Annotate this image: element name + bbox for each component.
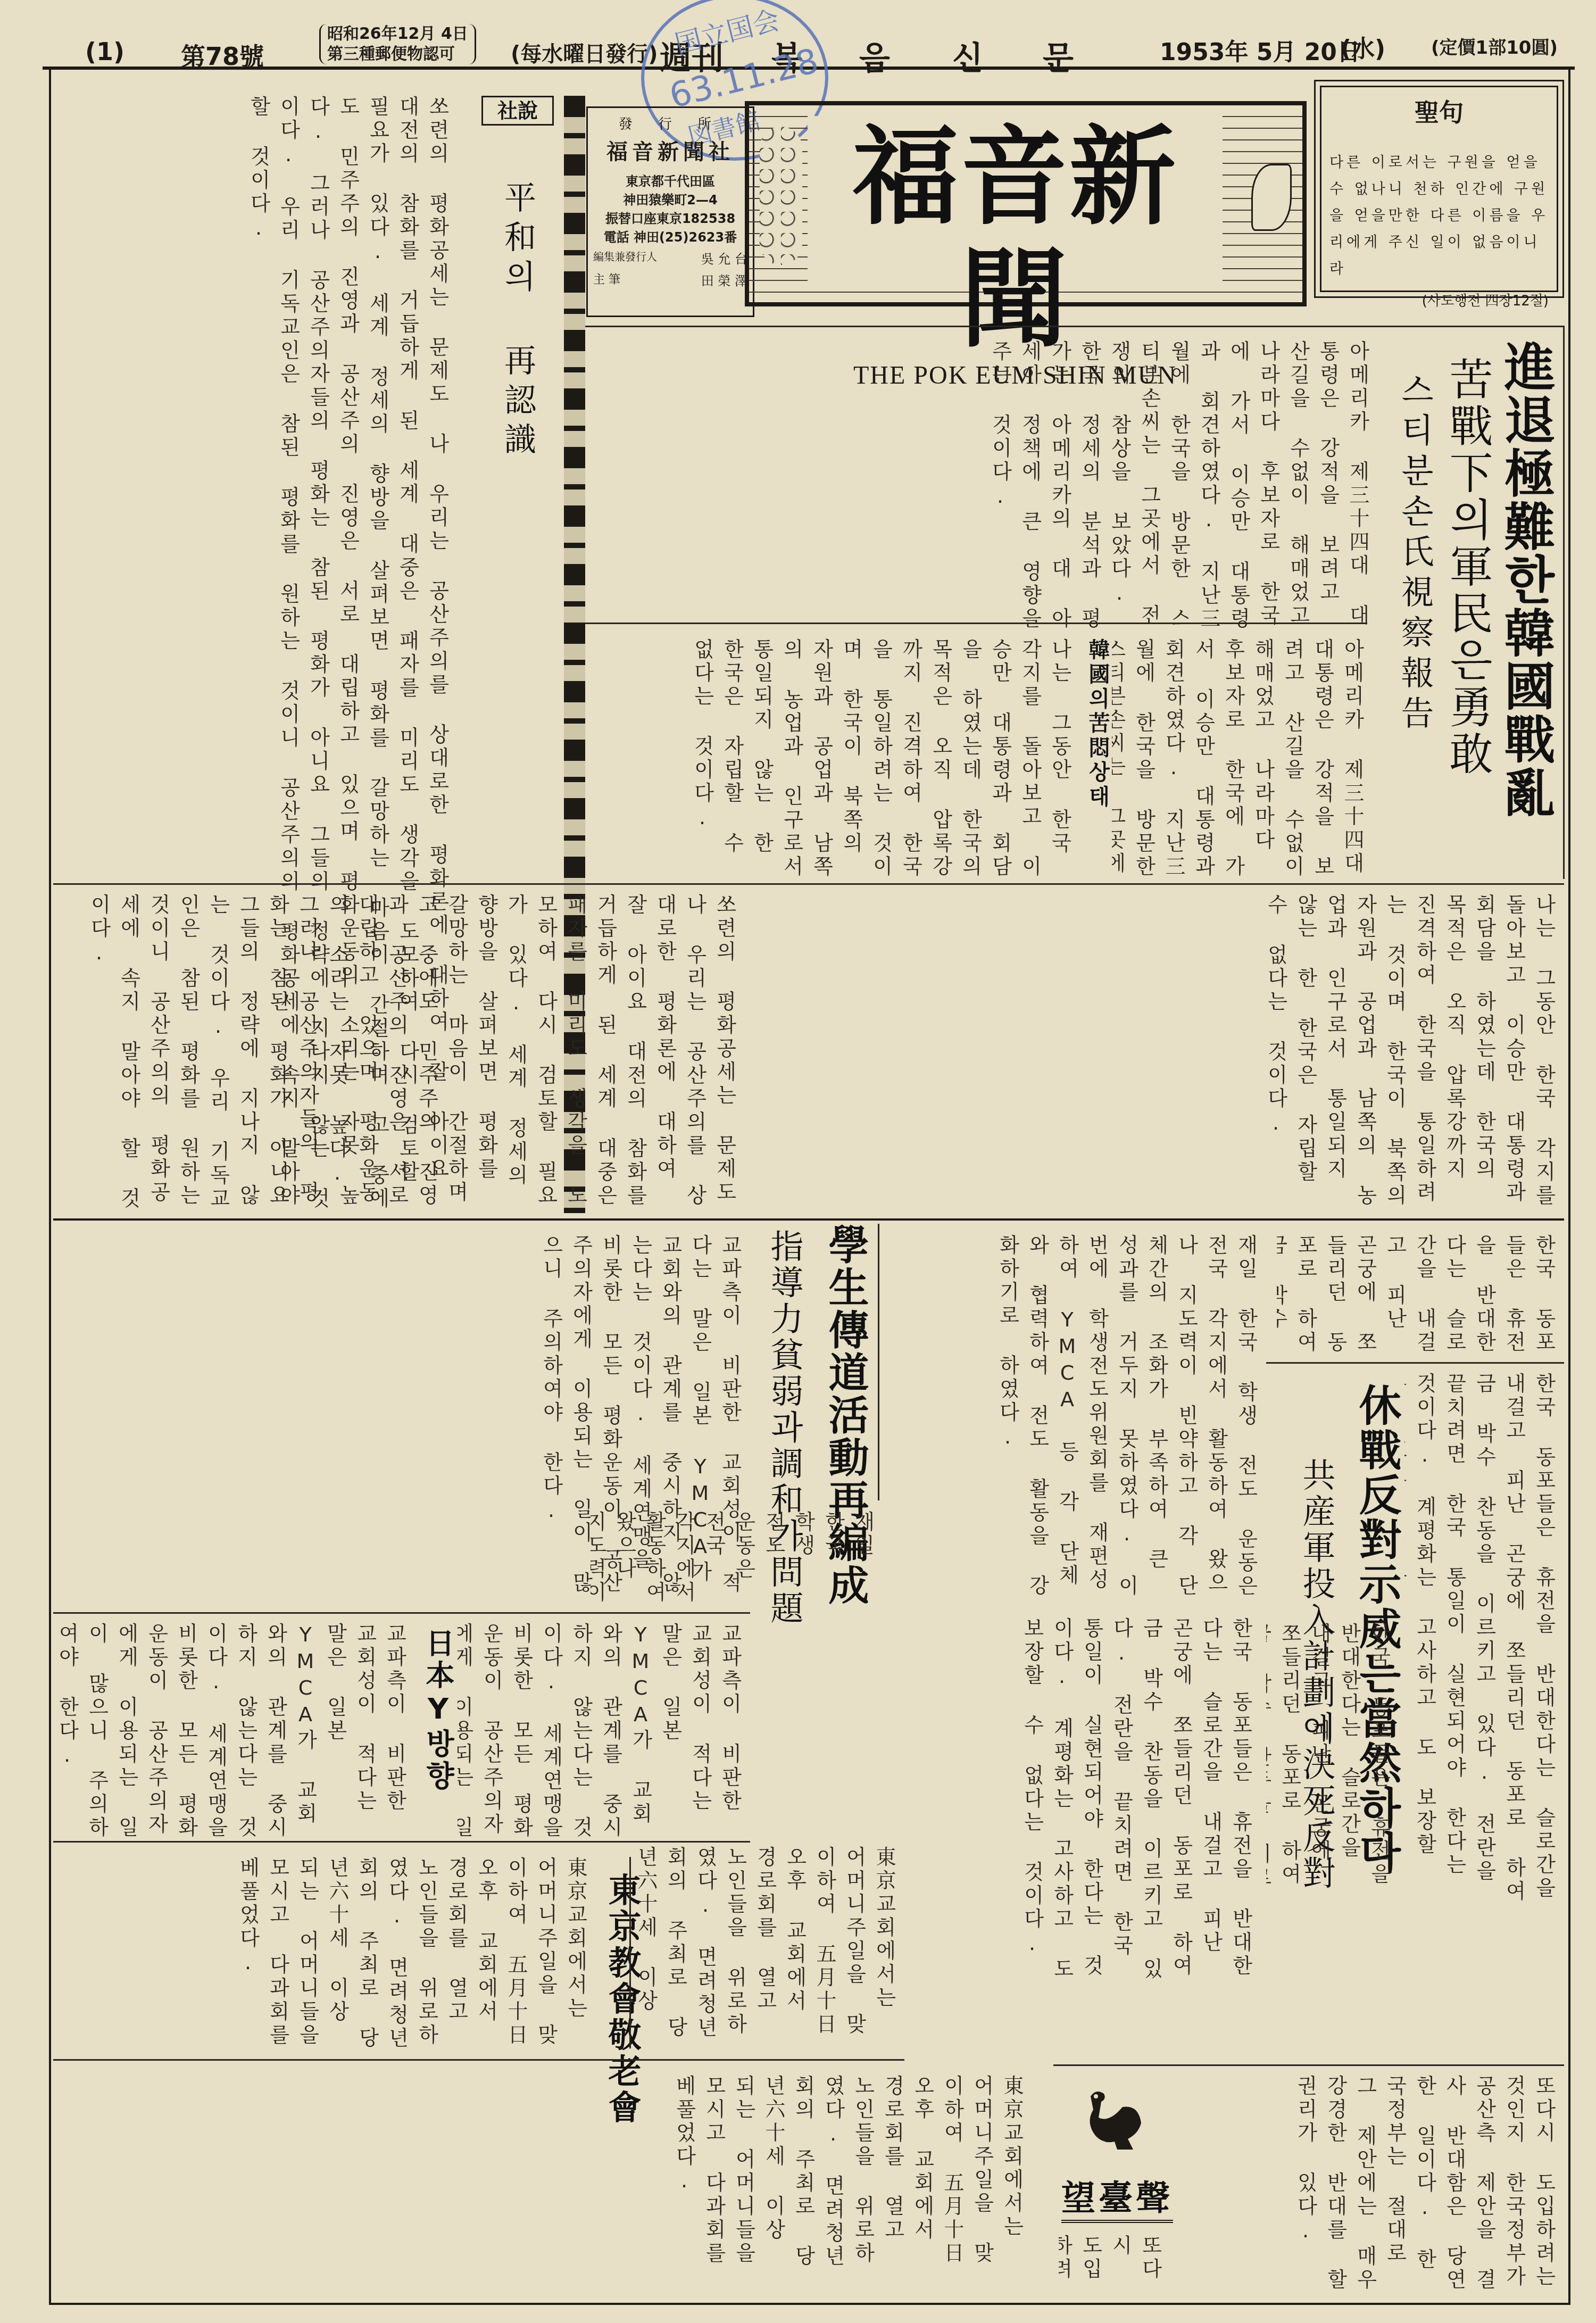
permit-line-2: 第三種郵便物認可 <box>327 44 468 64</box>
main-byline: 스티분손氏視察報告 <box>1391 372 1439 736</box>
armistice-top-rule <box>1266 1362 1564 1364</box>
masthead-inner: 福音新聞 THE POK EUM SHIN MUN <box>808 116 1223 286</box>
editorial-title: 平和의 再認識 <box>495 181 541 462</box>
issue-weekday: (水) <box>1341 30 1385 64</box>
japan-y-body-right: 교파측이 비판한 교회성이 적다는 말은 일본 YMCA가 교회와의 관계를 중… <box>458 1623 745 1841</box>
mangdaesung-title: 望臺聲 <box>1061 2171 1173 2223</box>
issue-date: 1953年 5月 20日 <box>1160 33 1360 67</box>
japan-y-top-rule <box>53 1612 750 1614</box>
chief-writer-label: 主 筆 <box>593 270 620 289</box>
main-article-continued: 나는 그동안 한국 각지를 돌아보고 이승만 대통령과 회담을 하였는데 한국의… <box>750 894 1559 1213</box>
vine-leaf-icon <box>1251 164 1292 231</box>
student-headline-rule <box>878 1224 879 1500</box>
publisher-address-1: 東京都千代田區 <box>593 171 747 189</box>
editor-row: 編集兼發行人 吳 允 台 <box>593 248 747 267</box>
main-article-body-right: 아메리카 제三十四대 대통령은 강적을 보려고 산길을 수없이 해매었고 나라마… <box>1112 638 1367 883</box>
upper-section-bottom-rule <box>53 883 1564 885</box>
tokyo-church-body: 東京교회에서는 어머니주일을 맞이하여 五月十日 오후 교회에서 경로회를 열고… <box>59 1857 591 2059</box>
mangdaesung-body-left: 또다시 도입하려는 것인지 한국정부가 공산측 제안을 결사 반대함은 당연한 … <box>1059 2235 1165 2293</box>
scripture-reference: (사도행전 四장12절) <box>1329 290 1549 310</box>
main-subheadline: 苦戰下의軍民은勇敢 <box>1436 356 1499 778</box>
lower-section-rule <box>53 1841 750 1843</box>
armistice-body-left: 한국 동포들은 휴전을 반대한다는 슬로간을 내걸고 피난 곤궁에 쪼들리던 동… <box>1266 1623 1394 1905</box>
publisher-transfer-account: 振替口座東京182538 <box>593 208 747 227</box>
armistice-body: 한국 동포들은 휴전을 반대한다는 슬로간을 내걸고 피난 곤궁에 쪼들리던 동… <box>1404 1373 1559 1905</box>
right-lower-section-rule <box>1053 2064 1564 2066</box>
publisher-box: 發 行 所 福音新聞社 東京都千代田區 神田猿樂町2—4 振替口座東京18253… <box>586 106 754 317</box>
postal-permit: 昭和26年12月 4日 第三種郵便物認可 <box>319 24 476 64</box>
rooster-icon <box>1069 2080 1154 2166</box>
editor-name: 吳 允 台 <box>701 248 747 267</box>
permit-line-1: 昭和26年12月 4日 <box>327 24 468 44</box>
chief-writer-row: 主 筆 田 榮 澤 <box>593 270 747 289</box>
masthead: 福音新聞 THE POK EUM SHIN MUN <box>745 101 1307 306</box>
editorial-label: 社說 <box>483 97 552 124</box>
publisher-label: 發 行 所 <box>593 113 747 133</box>
masthead-title: 福音新聞 <box>808 116 1223 361</box>
tokyo-church-body-right: 東京교회에서는 어머니주일을 맞이하여 五月十日 오후 교회에서 경로회를 열고… <box>638 1846 899 2048</box>
publisher-name: 福音新聞社 <box>593 135 747 165</box>
publisher-address-2: 神田猿樂町2—4 <box>593 189 747 208</box>
scripture-title: 聖句 <box>1329 93 1549 128</box>
bottom-left-text: 東京교회에서는 어머니주일을 맞이하여 五月十日 오후 교회에서 경로회를 열고… <box>59 2075 1027 2288</box>
scripture-text: 다른 이로서는 구원을 얻을 수 없나니 천하 인간에 구원을 얻을만한 다른 … <box>1329 150 1549 283</box>
page-number: (1) <box>85 37 124 66</box>
price: (定價1部10圓) <box>1431 33 1558 59</box>
editorial-continued: 쏘련의 평화공세는 문제도 나 우리는 공산주의를 상대로한 평화론에 대하여 … <box>59 894 739 1213</box>
main-right-rule <box>1563 326 1565 879</box>
tokyo-church-rule <box>629 1857 631 2048</box>
main-article-mid-rule <box>585 623 1367 624</box>
main-article-body: 아메리카 제三十四대 대통령은 강적을 보려고 산길을 수없이 해매었고 나라마… <box>596 341 1373 638</box>
chief-writer-name: 田 榮 澤 <box>701 270 747 289</box>
armistice-body-middle: 한국 동포들은 휴전을 반대한다는 슬로간을 내걸고 피난 곤궁에 쪼들리던 동… <box>904 1617 1256 2001</box>
fold-rule <box>53 1218 1564 1221</box>
armistice-upper-text: 한국 동포들은 휴전을 반대한다는 슬로간을 내걸고 피난 곤궁에 쪼들리던 동… <box>1277 1234 1559 1357</box>
tokyo-church-bottom-rule <box>53 2059 904 2061</box>
editor-label: 編集兼發行人 <box>593 248 657 267</box>
subsection-title: 韓國의苦悶상태 <box>1083 638 1113 810</box>
student-body-lower: 재일 한국 학생 전도 운동은 전국 각지에서 활동하여 왔으나 지도력이 빈약… <box>591 1511 878 1607</box>
japan-y-body: 교파측이 비판한 교회성이 적다는 말은 일본 YMCA가 교회와의 관계를 중… <box>59 1623 410 1841</box>
main-article-top-rule <box>585 326 1564 327</box>
publisher-phone: 電話 神田(25)2623番 <box>593 227 747 245</box>
grape-cluster-icon <box>760 127 802 265</box>
scripture-box: 聖句 다른 이로서는 구원을 얻을 수 없나니 천하 인간에 구원을 얻을만한 … <box>1314 80 1564 298</box>
publication-frequency: (每水曜日發行) <box>511 37 658 68</box>
japan-y-headline: 日本Y방향 <box>418 1628 459 1793</box>
main-headline: 進退極難한韓國戰亂 <box>1490 341 1562 819</box>
subsection-body: 나는 그동안 한국 각지를 돌아보고 이승만 대통령과 회담을 하였는데 한국의… <box>596 638 1075 883</box>
mangdaesung-body: 또다시 도입하려는 것인지 한국정부가 공산측 제안을 결사 반대함은 당연한 … <box>1176 2075 1559 2293</box>
student-body: 재일 한국 학생 전도 운동은 전국 각지에서 활동하여 왔으나 지도력이 빈약… <box>888 1234 1261 1607</box>
editorial-label-box: 社說 <box>481 96 554 126</box>
